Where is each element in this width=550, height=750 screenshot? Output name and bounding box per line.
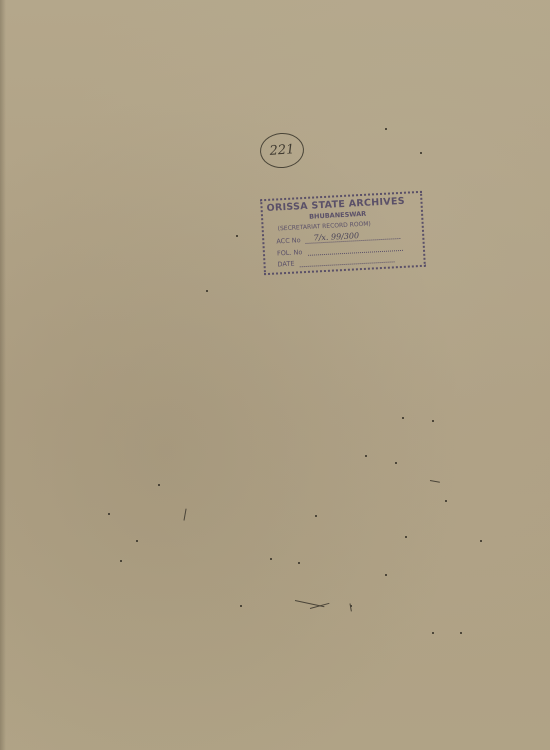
paper-speck (432, 420, 434, 422)
paper-fiber (430, 480, 440, 483)
page-edge-shadow (0, 0, 6, 750)
paper-speck (480, 540, 482, 542)
paper-fiber (184, 509, 187, 521)
paper-speck (385, 128, 387, 130)
paper-speck (298, 562, 300, 564)
stamp-field-label: DATE (277, 260, 294, 269)
paper-speck (420, 152, 422, 154)
paper-speck (385, 574, 387, 576)
paper-speck (270, 558, 272, 560)
paper-speck (120, 560, 122, 562)
stamp-field-label: ACC No (276, 236, 301, 245)
circled-file-number: 221 (259, 132, 305, 170)
paper-speck (108, 513, 110, 515)
paper-speck (365, 455, 367, 457)
paper-speck (432, 632, 434, 634)
folder-cover-page: 221 ORISSA STATE ARCHIVES BHUBANESWAR (S… (0, 0, 550, 750)
paper-speck (445, 500, 447, 502)
paper-speck (315, 515, 317, 517)
paper-speck (158, 484, 160, 486)
paper-speck (395, 462, 397, 464)
paper-speck (402, 417, 404, 419)
paper-speck (136, 540, 138, 542)
stamp-field-value: 7/x. 99/300 (313, 231, 359, 242)
stamp-city: BHUBANESWAR (309, 210, 366, 221)
paper-speck (460, 632, 462, 634)
paper-speck (405, 536, 407, 538)
stamp-field-label: FOL. No (277, 248, 303, 257)
paper-speck (206, 290, 208, 292)
paper-speck (240, 605, 242, 607)
paper-speck (236, 235, 238, 237)
archive-stamp: ORISSA STATE ARCHIVES BHUBANESWAR (SECRE… (260, 191, 426, 275)
